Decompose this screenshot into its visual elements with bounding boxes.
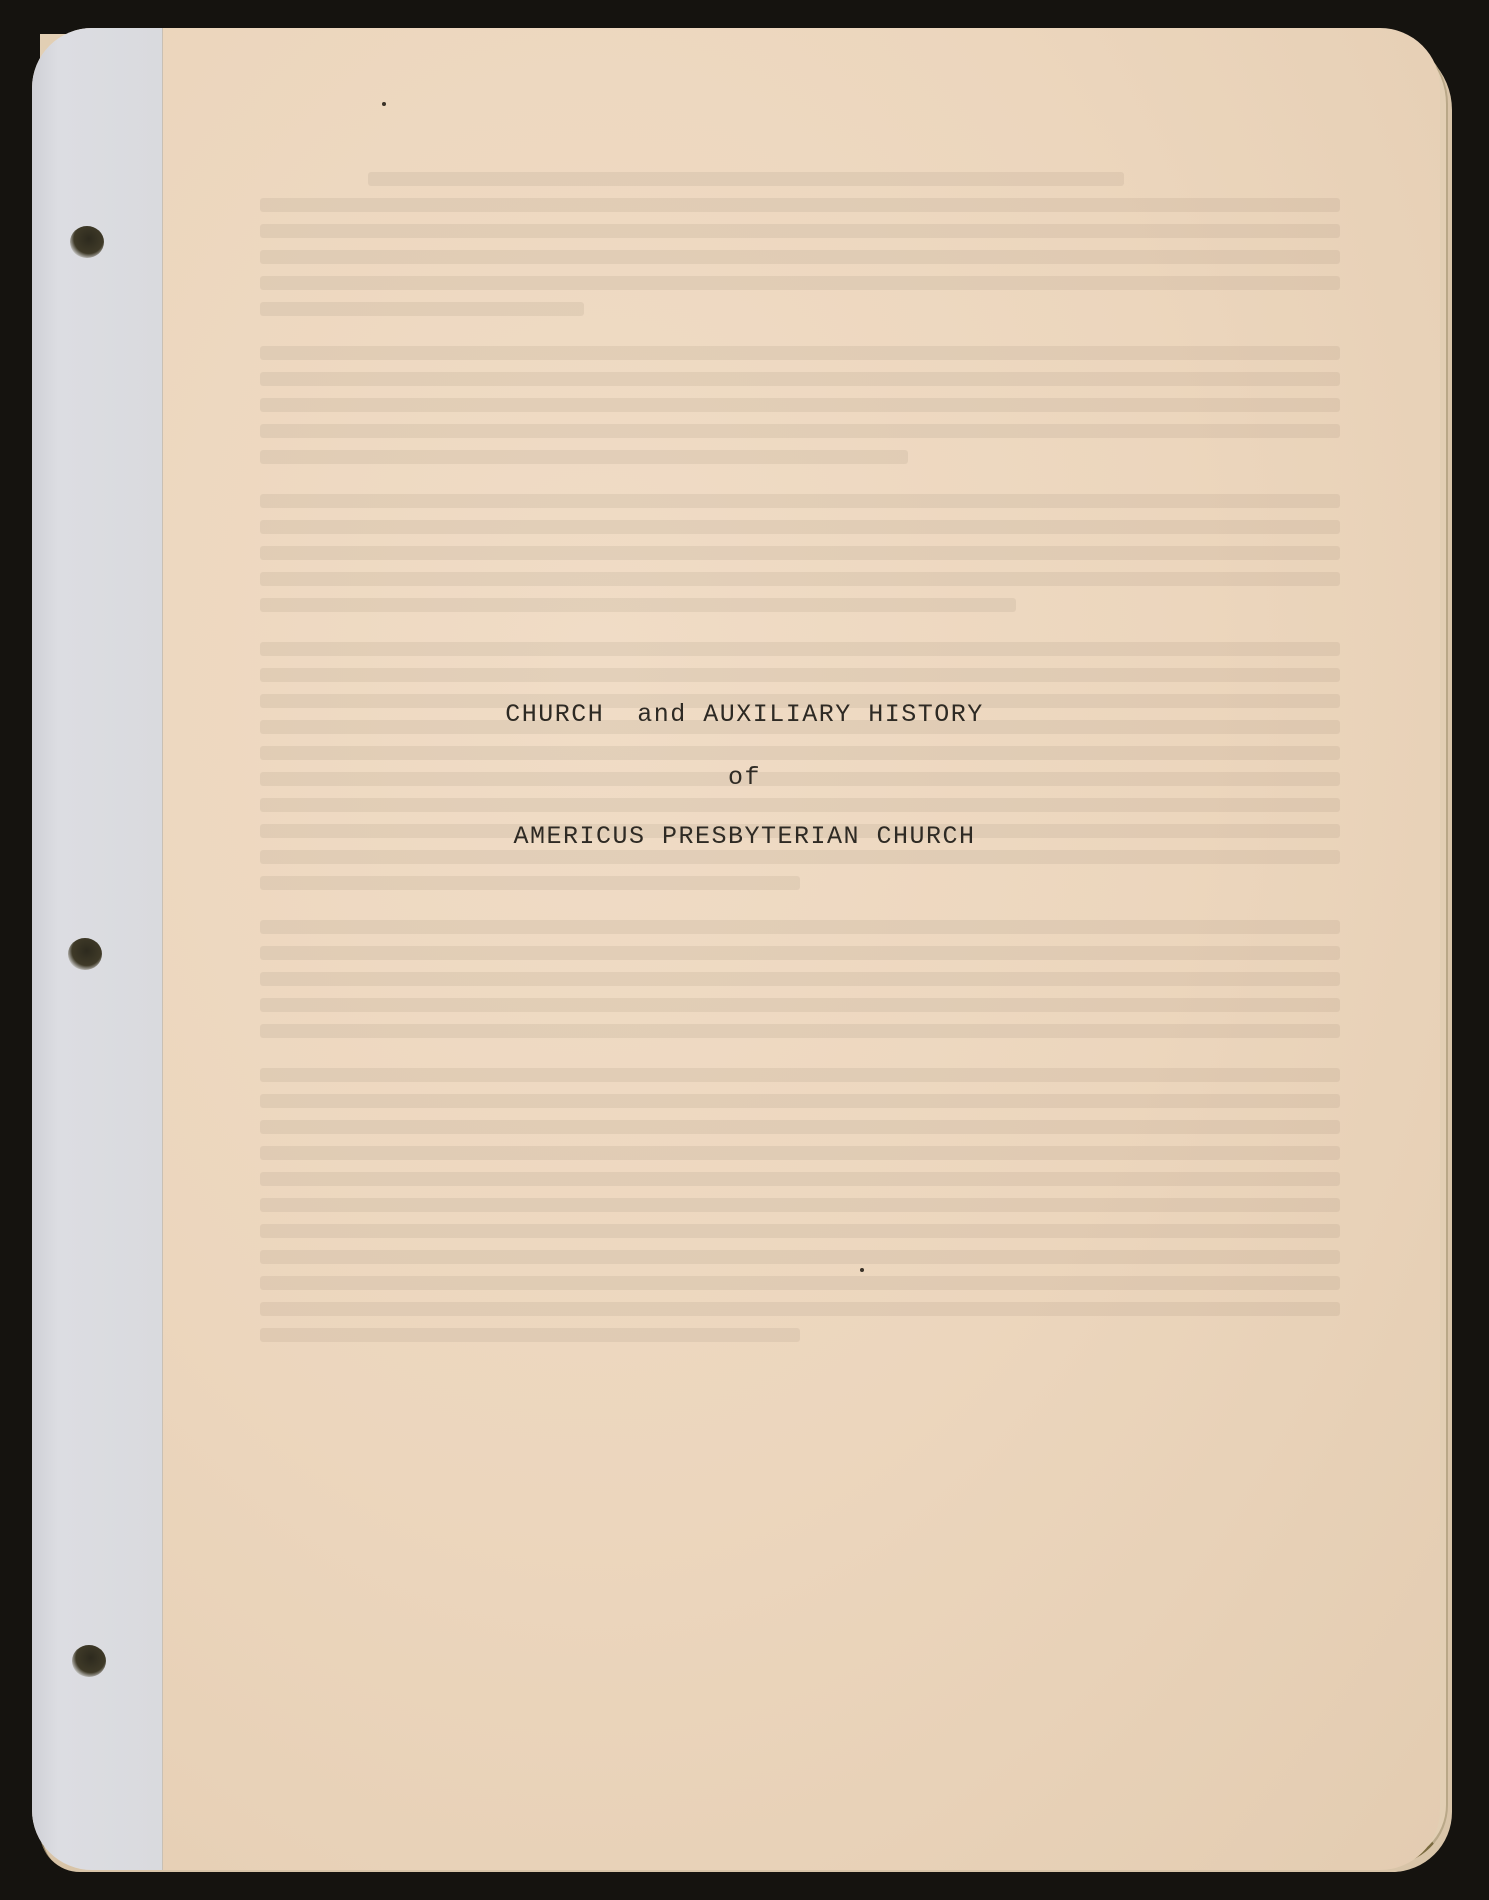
binding-hole-top [70,226,104,258]
title-line-3: AMERICUS PRESBYTERIAN CHURCH [0,822,1489,851]
binding-hole-middle [68,938,102,970]
title-line-2: of [0,763,1489,792]
binding-hole-bottom [72,1645,106,1677]
title-line-1: CHURCH and AUXILIARY HISTORY [0,700,1489,729]
ink-speck [860,1268,864,1272]
bleed-through-text [260,160,1340,1660]
ink-speck [382,102,386,106]
